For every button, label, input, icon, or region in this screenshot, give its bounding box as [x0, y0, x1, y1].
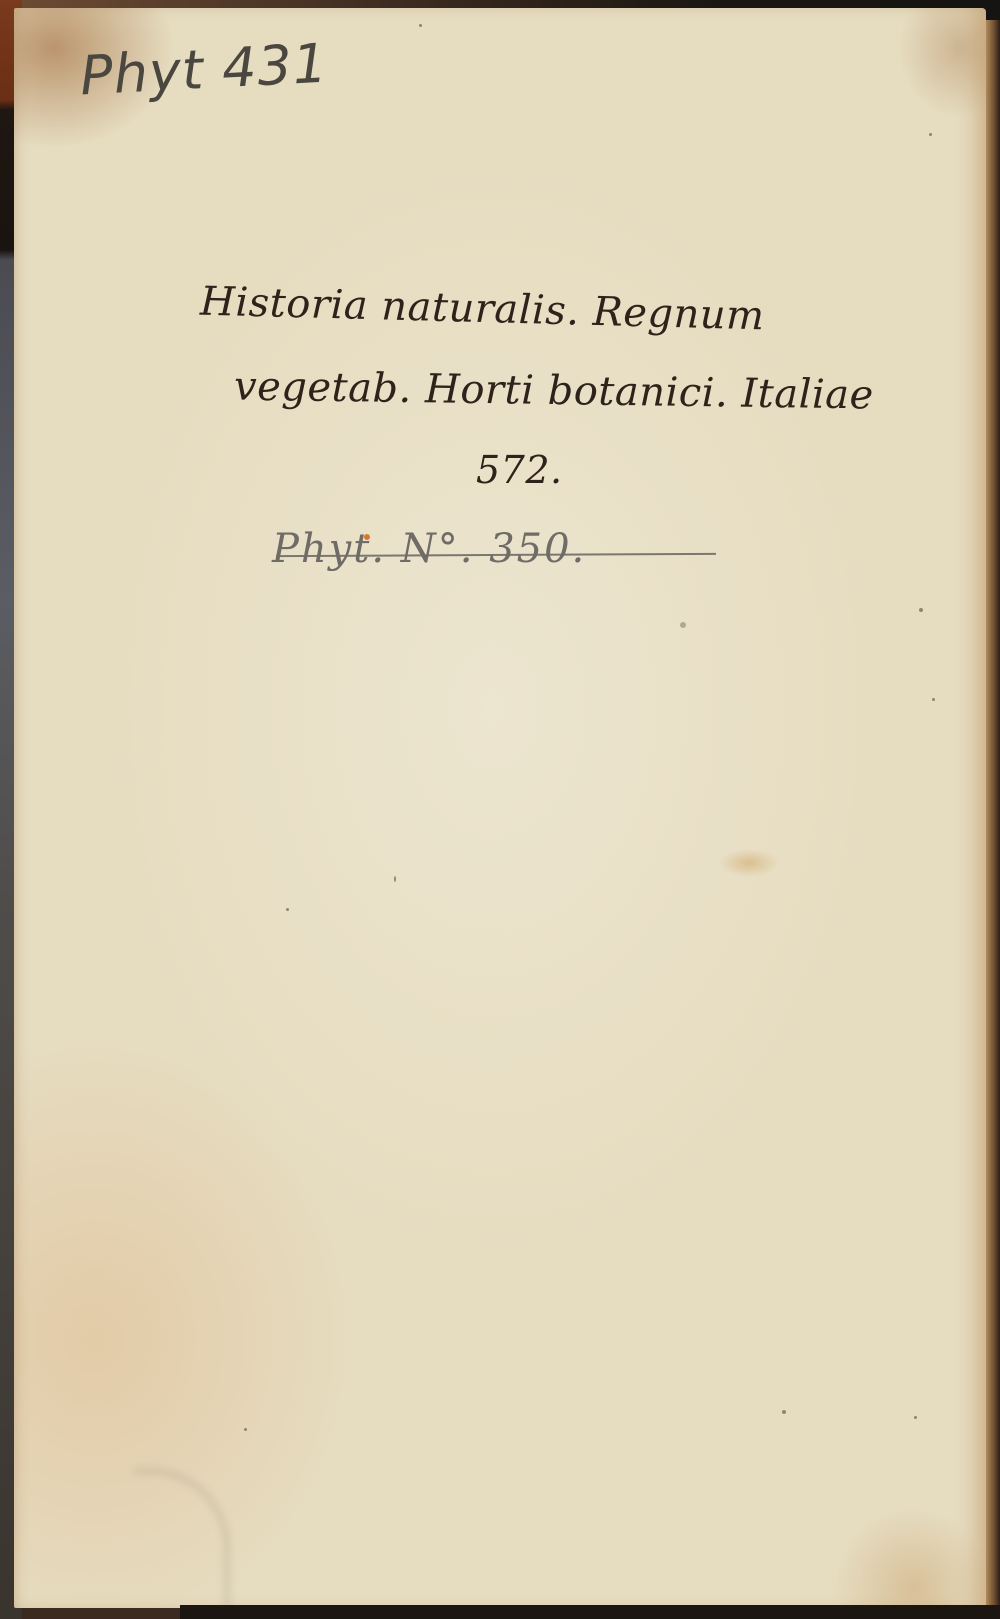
ink-note-line-1: Historia naturalis. Regnum	[199, 279, 765, 340]
pencil-shelfmark: Phyt 431	[79, 32, 330, 108]
flyleaf-page: Phyt 431 Historia naturalis. Regnum vege…	[14, 8, 986, 1608]
ink-note-line-2: vegetab. Horti botanici. Italiae	[234, 364, 874, 419]
paper-speck	[932, 698, 935, 701]
paper-speck	[914, 1416, 917, 1419]
paper-speck	[394, 876, 396, 882]
paper-speck	[680, 622, 686, 628]
paper-speck	[919, 608, 923, 612]
paper-speck	[419, 24, 422, 27]
scanned-page: Phyt 431 Historia naturalis. Regnum vege…	[0, 0, 1000, 1619]
fold-shadow	[134, 1468, 230, 1619]
binding-right-edge	[986, 20, 1000, 1619]
paper-speck	[782, 1410, 786, 1414]
paper-speck	[286, 908, 289, 911]
paper-speck	[244, 1428, 247, 1431]
paper-speck	[929, 133, 932, 136]
old-shelfmark-struck: Phyt. N°. 350.	[272, 526, 586, 572]
binding-bottom-edge	[180, 1605, 1000, 1619]
ink-note-line-3: 572.	[476, 448, 563, 492]
